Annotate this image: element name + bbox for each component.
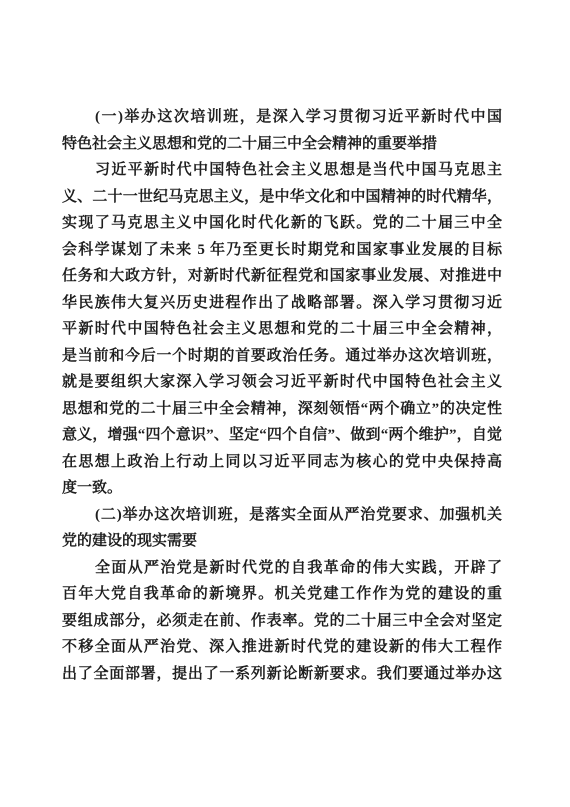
text-line: (一)举办这次培训班，是深入学习贯彻习近平新时代中国 — [62, 104, 502, 131]
text-line: 在思想上政治上行动上同以习近平同志为核心的党中央保持高 — [62, 449, 502, 476]
text-line: (二)举办这次培训班，是落实全面从严治党要求、加强机关 — [62, 502, 502, 529]
text-line: 要组成部分，必须走在前、作表率。党的二十届三中全会对坚定 — [62, 608, 502, 635]
text-line: 意义，增强“四个意识”、坚定“四个自信”、做到“两个维护”，自觉 — [62, 422, 502, 449]
text-line: 平新时代中国特色社会主义思想和党的二十届三中全会精神， — [62, 316, 502, 343]
text-line: 出了全面部署，提出了一系列新论断新要求。我们要通过举办这 — [62, 661, 502, 688]
text-line: 实现了马克思主义中国化时代化新的飞跃。党的二十届三中全 — [62, 210, 502, 237]
text-line: 全面从严治党是新时代党的自我革命的伟大实践，开辟了 — [62, 555, 502, 582]
text-line: 党的建设的现实需要 — [62, 528, 502, 555]
text-line: 习近平新时代中国特色社会主义思想是当代中国马克思主 — [62, 157, 502, 184]
text-line: 义、二十一世纪马克思主义，是中华文化和中国精神的时代精华， — [62, 184, 502, 211]
text-line: 不移全面从严治党、深入推进新时代党的建设新的伟大工程作 — [62, 634, 502, 661]
document-body: (一)举办这次培训班，是深入学习贯彻习近平新时代中国特色社会主义思想和党的二十届… — [62, 104, 502, 687]
text-line: 华民族伟大复兴历史进程作出了战略部署。深入学习贯彻习近 — [62, 290, 502, 317]
text-line: 就是要组织大家深入学习领会习近平新时代中国特色社会主义 — [62, 369, 502, 396]
text-line: 会科学谋划了未来 5 年乃至更长时期党和国家事业发展的目标 — [62, 237, 502, 264]
text-line: 任务和大政方针，对新时代新征程党和国家事业发展、对推进中 — [62, 263, 502, 290]
text-line: 是当前和今后一个时期的首要政治任务。通过举办这次培训班， — [62, 343, 502, 370]
text-line: 度一致。 — [62, 475, 502, 502]
text-line: 特色社会主义思想和党的二十届三中全会精神的重要举措 — [62, 131, 502, 158]
page: (一)举办这次培训班，是深入学习贯彻习近平新时代中国特色社会主义思想和党的二十届… — [0, 0, 570, 807]
text-line: 思想和党的二十届三中全会精神，深刻领悟“两个确立”的决定性 — [62, 396, 502, 423]
text-line: 百年大党自我革命的新境界。机关党建工作作为党的建设的重 — [62, 581, 502, 608]
